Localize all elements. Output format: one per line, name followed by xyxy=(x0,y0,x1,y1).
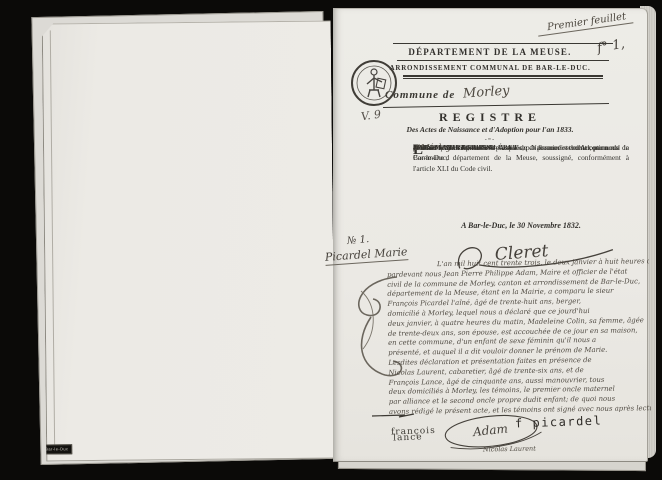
registre-subtitle: Des Actes de Naissance et d'Adoption pou… xyxy=(333,125,647,134)
svg-text:Adam: Adam xyxy=(471,421,508,439)
timbre-royal-seal-icon xyxy=(349,57,399,109)
commune-name-handwritten: Morley xyxy=(463,83,510,101)
folio-note: Premier feuillet xyxy=(537,10,633,36)
act-number-margin: № 1. xyxy=(347,234,370,247)
paraph-dash-icon xyxy=(371,413,415,418)
commune-line: Commune de Morley xyxy=(385,85,605,105)
declarant-signature-picardel: f picardel xyxy=(515,413,603,430)
header-double-rule xyxy=(403,78,603,79)
witness-signature-francois: françois lance xyxy=(391,426,421,437)
preamble-text: , Président du tribunal de 1re instance,… xyxy=(413,143,629,174)
seal-annotation-handwritten: V. 9 xyxy=(360,108,382,124)
left-blank-page: A. Bar-le-Duc xyxy=(42,20,336,461)
page-edge-line xyxy=(50,30,55,454)
header-rule xyxy=(397,60,609,61)
signature-text: lance xyxy=(393,432,423,443)
registre-title-page: Premier feuillet f° 1, DÉPARTEMENT DE LA… xyxy=(333,8,648,462)
witness-signature-nicolas: Nicolas Laurent xyxy=(483,445,536,454)
department-title: DÉPARTEMENT DE LA MEUSE. xyxy=(333,47,647,57)
book-scan: A. Bar-le-Duc Premier feuillet f° 1, DÉP… xyxy=(0,0,662,480)
header-double-rule xyxy=(403,75,603,77)
header-rule xyxy=(393,43,613,44)
birth-act-text: L'an mil huit cent trente trois, le deux… xyxy=(387,257,651,417)
